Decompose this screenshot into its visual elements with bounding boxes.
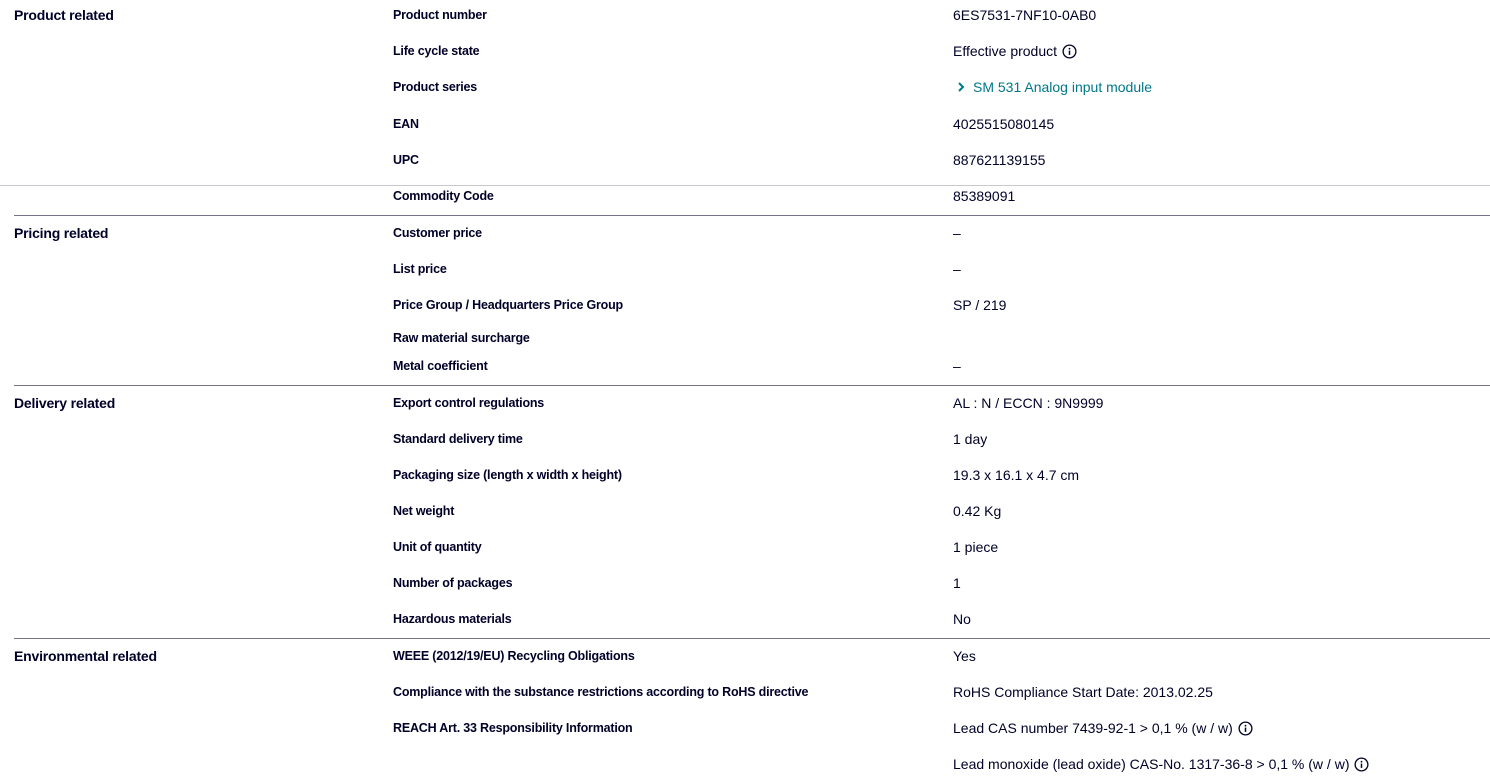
info-icon[interactable] (1354, 757, 1369, 772)
info-icon[interactable] (1238, 721, 1253, 736)
section-divider (14, 385, 1490, 386)
row-label: Raw material surcharge (393, 331, 530, 345)
chevron-right-icon (953, 80, 969, 94)
unit-of-quantity-value: 1 piece (953, 539, 998, 555)
row-value: SP / 219 (953, 297, 1006, 313)
table-row: EAN 4025515080145 (0, 117, 1490, 137)
row-label: Standard delivery time (393, 432, 523, 446)
row-value: 1 (953, 575, 961, 591)
row-label: Export control regulations (393, 396, 544, 410)
table-row: Hazardous materials No (0, 612, 1490, 632)
row-label: Compliance with the substance restrictio… (393, 685, 808, 699)
list-price-value: – (953, 261, 961, 277)
row-value: SM 531 Analog input module (953, 79, 1152, 95)
product-details-table: Product related Product number 6ES7531-7… (0, 0, 1490, 777)
table-row: Life cycle state Effective product (0, 44, 1490, 64)
row-value: RoHS Compliance Start Date: 2013.02.25 (953, 684, 1213, 700)
row-value: – (953, 358, 961, 374)
price-group-value: SP / 219 (953, 297, 1006, 313)
metal-coefficient-value: – (953, 358, 961, 374)
row-value: Yes (953, 648, 976, 664)
reach-lead-value: Lead CAS number 7439-92-1 > 0,1 % (w / w… (953, 720, 1233, 736)
reach-lead-oxide-value: Lead monoxide (lead oxide) CAS-No. 1317-… (953, 756, 1349, 772)
table-row: UPC 887621139155 (0, 153, 1490, 173)
row-label: Customer price (393, 226, 482, 240)
weee-value: Yes (953, 648, 976, 664)
row-value: 0.42 Kg (953, 503, 1001, 519)
row-divider (0, 185, 1490, 186)
row-value: 4025515080145 (953, 116, 1054, 132)
table-row: Lead monoxide (lead oxide) CAS-No. 1317-… (0, 757, 1490, 777)
row-value: Effective product (953, 43, 1077, 59)
row-value: 85389091 (953, 188, 1015, 204)
table-row: Metal coefficient – (0, 359, 1490, 379)
section-divider (14, 215, 1490, 216)
delivery-time-value: 1 day (953, 431, 987, 447)
number-of-packages-value: 1 (953, 575, 961, 591)
row-label: REACH Art. 33 Responsibility Information (393, 721, 632, 735)
product-series-link[interactable]: SM 531 Analog input module (953, 79, 1152, 95)
upc-value: 887621139155 (953, 152, 1045, 168)
row-value: Lead monoxide (lead oxide) CAS-No. 1317-… (953, 756, 1369, 772)
row-label: Product number (393, 8, 487, 22)
commodity-code-value: 85389091 (953, 188, 1015, 204)
row-label: Packaging size (length x width x height) (393, 468, 622, 482)
row-value: – (953, 261, 961, 277)
row-value: 887621139155 (953, 152, 1045, 168)
product-series-link-text[interactable]: SM 531 Analog input module (973, 79, 1152, 95)
table-row: Customer price – (0, 226, 1490, 246)
table-row: WEEE (2012/19/EU) Recycling Obligations … (0, 649, 1490, 669)
table-row: Packaging size (length x width x height)… (0, 468, 1490, 488)
row-label: Product series (393, 80, 477, 94)
export-control-value: AL : N / ECCN : 9N9999 (953, 395, 1103, 411)
section-divider (14, 638, 1490, 639)
row-value: 6ES7531-7NF10-0AB0 (953, 7, 1096, 23)
table-row: Commodity Code 85389091 (0, 189, 1490, 209)
row-value: 1 piece (953, 539, 998, 555)
row-value: AL : N / ECCN : 9N9999 (953, 395, 1103, 411)
ean-value: 4025515080145 (953, 116, 1054, 132)
table-row: Export control regulations AL : N / ECCN… (0, 396, 1490, 416)
table-row: Product series SM 531 Analog input modul… (0, 80, 1490, 100)
net-weight-value: 0.42 Kg (953, 503, 1001, 519)
row-label: Commodity Code (393, 189, 494, 203)
row-label: UPC (393, 153, 419, 167)
packaging-size-value: 19.3 x 16.1 x 4.7 cm (953, 467, 1079, 483)
row-label: Life cycle state (393, 44, 479, 58)
row-label: Metal coefficient (393, 359, 488, 373)
row-label: Number of packages (393, 576, 512, 590)
row-label: Unit of quantity (393, 540, 481, 554)
row-label: Net weight (393, 504, 454, 518)
table-row: List price – (0, 262, 1490, 282)
table-row: Product number 6ES7531-7NF10-0AB0 (0, 8, 1490, 28)
table-row: Compliance with the substance restrictio… (0, 685, 1490, 705)
table-row: Number of packages 1 (0, 576, 1490, 596)
table-row: Price Group / Headquarters Price Group S… (0, 298, 1490, 318)
row-value: 19.3 x 16.1 x 4.7 cm (953, 467, 1079, 483)
row-label: EAN (393, 117, 419, 131)
table-row: Net weight 0.42 Kg (0, 504, 1490, 524)
row-value: Lead CAS number 7439-92-1 > 0,1 % (w / w… (953, 720, 1253, 736)
life-cycle-value: Effective product (953, 43, 1057, 59)
table-row: Raw material surcharge (0, 331, 1490, 351)
row-value: No (953, 611, 971, 627)
row-label: Hazardous materials (393, 612, 511, 626)
hazardous-materials-value: No (953, 611, 971, 627)
row-label: List price (393, 262, 447, 276)
row-value: 1 day (953, 431, 987, 447)
table-row: Standard delivery time 1 day (0, 432, 1490, 452)
table-row: REACH Art. 33 Responsibility Information… (0, 721, 1490, 741)
rohs-value: RoHS Compliance Start Date: 2013.02.25 (953, 684, 1213, 700)
row-label: WEEE (2012/19/EU) Recycling Obligations (393, 649, 635, 663)
row-label: Price Group / Headquarters Price Group (393, 298, 623, 312)
info-icon[interactable] (1062, 44, 1077, 59)
table-row: Unit of quantity 1 piece (0, 540, 1490, 560)
row-value: – (953, 225, 961, 241)
customer-price-value: – (953, 225, 961, 241)
product-number-value: 6ES7531-7NF10-0AB0 (953, 7, 1096, 23)
